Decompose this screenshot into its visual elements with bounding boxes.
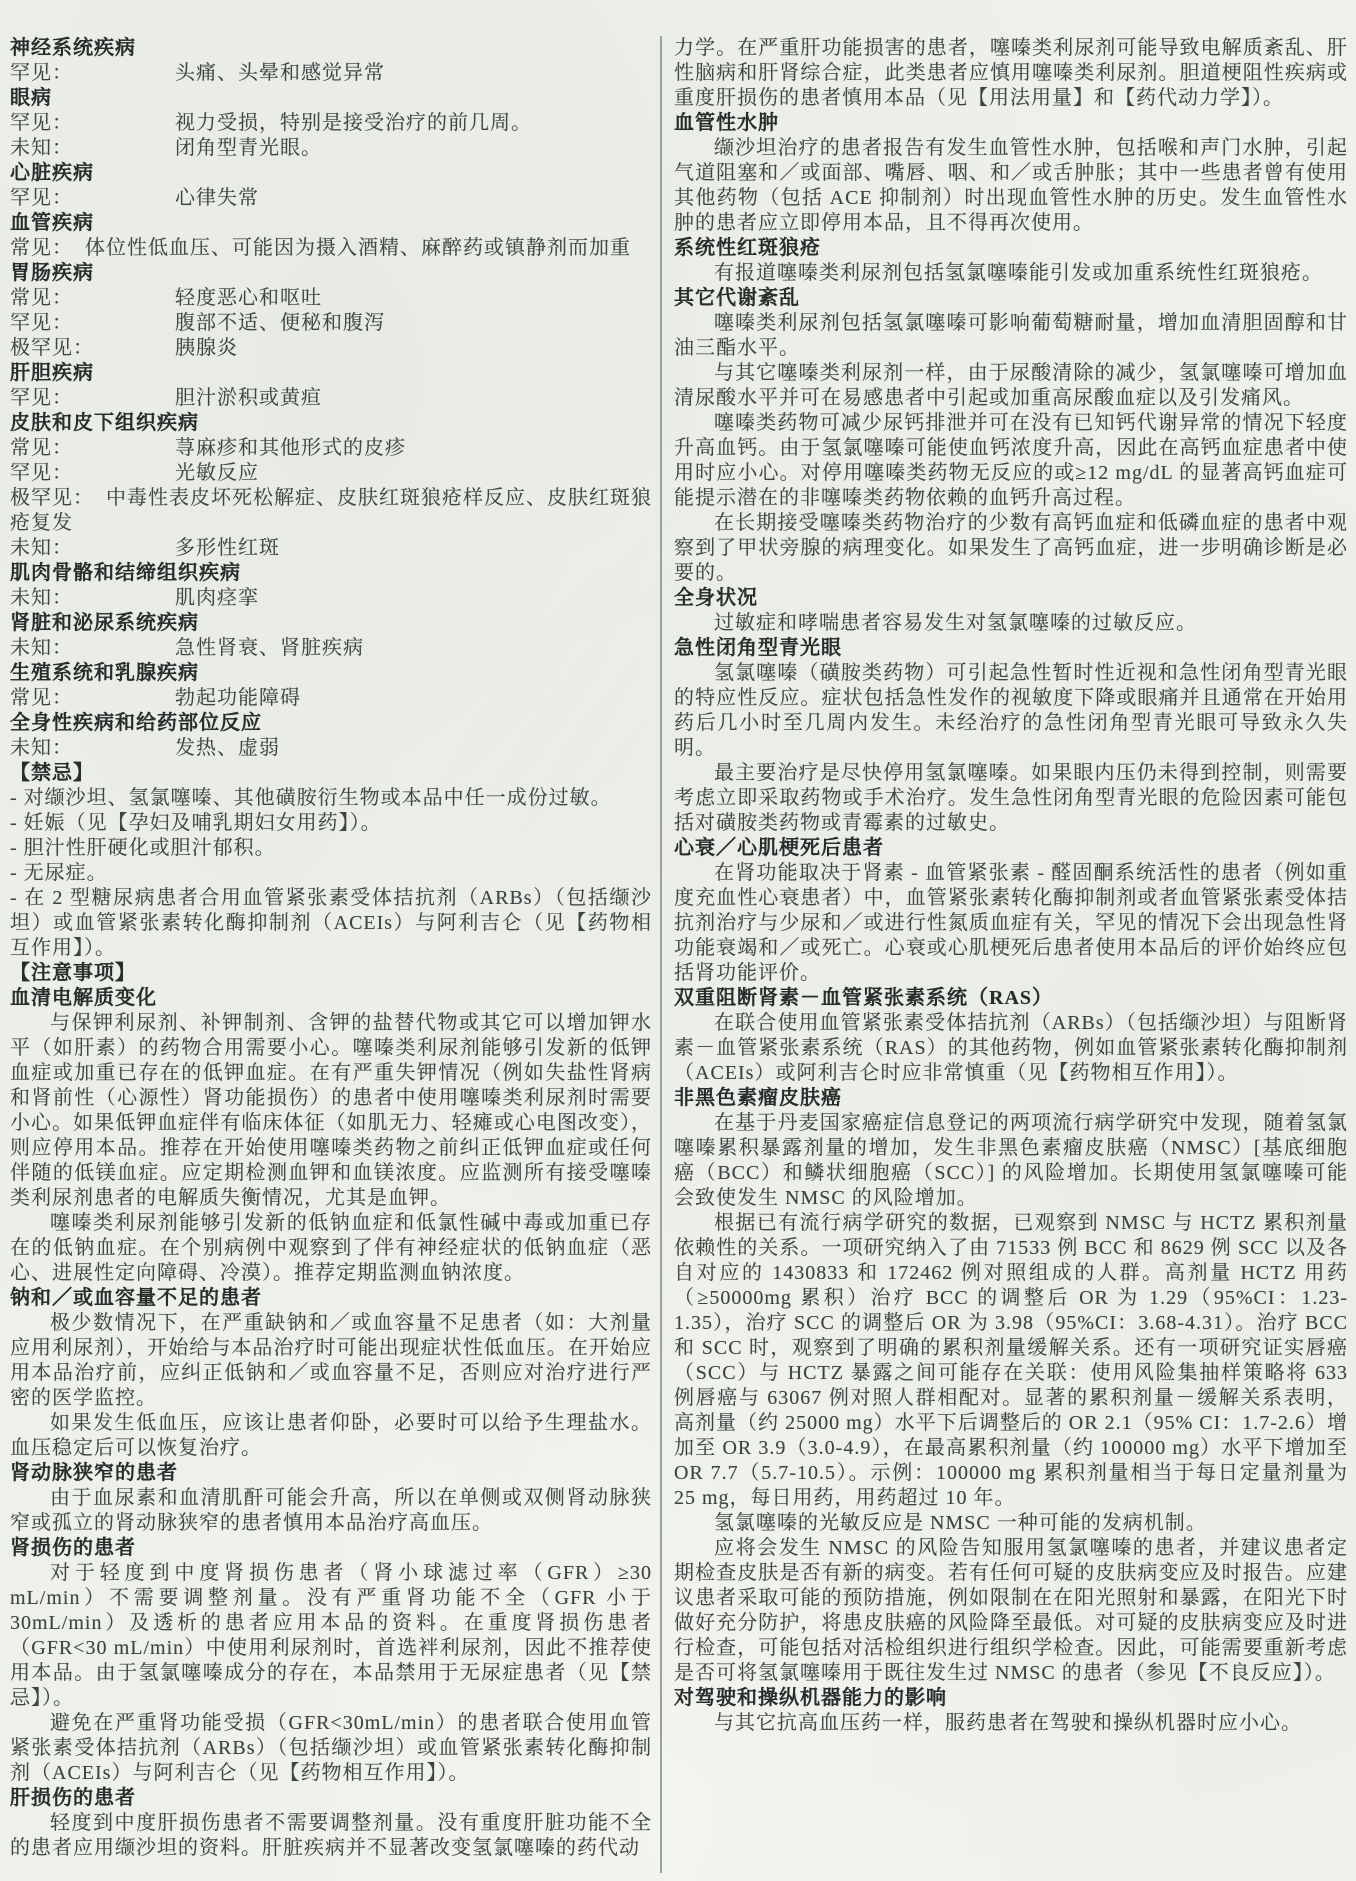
- section-heading: 双重阻断肾素－血管紧张素系统（RAS）: [674, 986, 1348, 1011]
- line-text: - 胆汁性肝硬化或胆汁郁积。: [10, 837, 276, 859]
- section-heading: 生殖系统和乳腺疾病: [10, 661, 652, 686]
- line-text: 中毒性表皮坏死松解症、皮肤红斑狼疮样反应、皮肤红斑狼疮复发: [10, 487, 652, 534]
- section-heading: 对驾驶和操纵机器能力的影响: [674, 1686, 1348, 1711]
- line-text: 双重阻断肾素－血管紧张素系统（RAS）: [674, 987, 1053, 1009]
- line-text: 氢氯噻嗪（磺胺类药物）可引起急性暂时性近视和急性闭角型青光眼的特应性反应。症状包…: [674, 662, 1348, 759]
- frequency-label: 罕见：: [10, 386, 175, 411]
- line-text: 【注意事项】: [10, 962, 136, 984]
- frequency-label: 常见：: [10, 237, 73, 259]
- frequency-label: 罕见：: [10, 111, 175, 136]
- line-text: 全身性疾病和给药部位反应: [10, 712, 262, 734]
- doc-line: 在长期接受噻嗪类药物治疗的少数有高钙血症和低磷血症的患者中观察到了甲状旁腺的病理…: [674, 511, 1348, 586]
- doc-line: 根据已有流行病学研究的数据，已观察到 NMSC 与 HCTZ 累积剂量依赖性的关…: [674, 1211, 1348, 1511]
- doc-line: 与其它抗高血压药一样，服药患者在驾驶和操纵机器时应小心。: [674, 1711, 1348, 1736]
- doc-line: 罕见： 腹部不适、便秘和腹泻: [10, 311, 652, 336]
- section-heading: 神经系统疾病: [10, 36, 652, 61]
- doc-line: - 胆汁性肝硬化或胆汁郁积。: [10, 836, 652, 861]
- line-text: 肌肉痉挛: [175, 586, 652, 611]
- section-heading: 非黑色素瘤皮肤癌: [674, 1086, 1348, 1111]
- line-text: 在联合使用血管紧张素受体拮抗剂（ARBs）（包括缬沙坦）与阻断肾素－血管紧张素系…: [674, 1012, 1348, 1084]
- doc-line: 在基于丹麦国家癌症信息登记的两项流行病学研究中发现，随着氢氯噻嗪累积暴露剂量的增…: [674, 1111, 1348, 1211]
- doc-line: 常见： 体位性低血压、可能因为摄入酒精、麻醉药或镇静剂而加重: [10, 236, 652, 261]
- line-text: 噻嗪类药物可减少尿钙排泄并可在没有已知钙代谢异常的情况下轻度升高血钙。由于氢氯噻…: [674, 412, 1348, 509]
- line-text: 缬沙坦治疗的患者报告有发生血管性水肿，包括喉和声门水肿，引起气道阻塞和／或面部、…: [674, 137, 1348, 234]
- line-text: 钠和／或血容量不足的患者: [10, 1287, 262, 1309]
- line-text: 对驾驶和操纵机器能力的影响: [674, 1687, 947, 1709]
- line-text: 多形性红斑: [175, 536, 652, 561]
- doc-line: 噻嗪类药物可减少尿钙排泄并可在没有已知钙代谢异常的情况下轻度升高血钙。由于氢氯噻…: [674, 411, 1348, 511]
- section-heading: 血清电解质变化: [10, 986, 652, 1011]
- doc-line: 未知： 多形性红斑: [10, 536, 652, 561]
- doc-line: - 无尿症。: [10, 861, 652, 886]
- doc-line: - 在 2 型糖尿病患者合用血管紧张素受体拮抗剂（ARBs）（包括缬沙坦）或血管…: [10, 886, 652, 961]
- doc-line: 氢氯噻嗪的光敏反应是 NMSC 一种可能的发病机制。: [674, 1511, 1348, 1536]
- line-text: 轻度到中度肝损伤患者不需要调整剂量。没有重度肝脏功能不全的患者应用缬沙坦的资料。…: [10, 1812, 652, 1859]
- doc-line: 氢氯噻嗪（磺胺类药物）可引起急性暂时性近视和急性闭角型青光眼的特应性反应。症状包…: [674, 661, 1348, 761]
- line-text: 皮肤和皮下组织疾病: [10, 412, 199, 434]
- doc-line: 避免在严重肾功能受损（GFR<30mL/min）的患者联合使用血管紧张素受体拮抗…: [10, 1711, 652, 1786]
- line-text: 力学。在严重肝功能损害的患者，噻嗪类利尿剂可能导致电解质紊乱、肝性脑病和肝肾综合…: [674, 37, 1348, 109]
- section-heading: 皮肤和皮下组织疾病: [10, 411, 652, 436]
- line-text: 氢氯噻嗪的光敏反应是 NMSC 一种可能的发病机制。: [714, 1512, 1207, 1534]
- line-text: 噻嗪类利尿剂能够引发新的低钠血症和低氯性碱中毒或加重已存在的低钠血症。在个别病例…: [10, 1212, 652, 1284]
- line-text: 避免在严重肾功能受损（GFR<30mL/min）的患者联合使用血管紧张素受体拮抗…: [10, 1712, 652, 1784]
- column-divider: [660, 36, 662, 1873]
- doc-line: 极罕见： 中毒性表皮坏死松解症、皮肤红斑狼疮样反应、皮肤红斑狼疮复发: [10, 486, 652, 536]
- line-text: 肝损伤的患者: [10, 1787, 136, 1809]
- line-text: 血清电解质变化: [10, 987, 157, 1009]
- doc-line: 罕见： 心律失常: [10, 186, 652, 211]
- right-column: 力学。在严重肝功能损害的患者，噻嗪类利尿剂可能导致电解质紊乱、肝性脑病和肝肾综合…: [674, 36, 1348, 1881]
- section-heading: 眼病: [10, 86, 652, 111]
- section-heading: 肾损伤的患者: [10, 1536, 652, 1561]
- line-text: 体位性低血压、可能因为摄入酒精、麻醉药或镇静剂而加重: [85, 237, 631, 259]
- line-text: 过敏症和哮喘患者容易发生对氢氯噻嗪的过敏反应。: [714, 612, 1197, 634]
- line-text: 如果发生低血压，应该让患者仰卧，必要时可以给予生理盐水。血压稳定后可以恢复治疗。: [10, 1412, 652, 1459]
- line-text: 血管性水肿: [674, 112, 779, 134]
- line-text: 胃肠疾病: [10, 262, 94, 284]
- frequency-label: 罕见：: [10, 186, 175, 211]
- doc-line: 噻嗪类利尿剂包括氢氯噻嗪可影响葡萄糖耐量，增加血清胆固醇和甘油三酯水平。: [674, 311, 1348, 361]
- line-text: 对于轻度到中度肾损伤患者（肾小球滤过率（GFR）≥30 mL/min）不需要调整…: [10, 1562, 652, 1709]
- line-text: - 妊娠（见【孕妇及哺乳期妇女用药】）。: [10, 812, 382, 834]
- frequency-label: 常见：: [10, 286, 175, 311]
- line-text: 神经系统疾病: [10, 37, 136, 59]
- doc-line: 罕见： 胆汁淤积或黄疸: [10, 386, 652, 411]
- frequency-label: 常见：: [10, 686, 175, 711]
- section-heading: 肾动脉狭窄的患者: [10, 1461, 652, 1486]
- line-text: 轻度恶心和呕吐: [175, 286, 652, 311]
- line-text: 应将会发生 NMSC 的风险告知服用氢氯噻嗪的患者，并建议患者定期检查皮肤是否有…: [674, 1537, 1348, 1684]
- doc-line: 罕见： 头痛、头晕和感觉异常: [10, 61, 652, 86]
- line-text: 光敏反应: [175, 461, 652, 486]
- line-text: 荨麻疹和其他形式的皮疹: [175, 436, 652, 461]
- frequency-label: 罕见：: [10, 311, 175, 336]
- section-heading: 其它代谢紊乱: [674, 286, 1348, 311]
- line-text: 勃起功能障碍: [175, 686, 652, 711]
- doc-line: - 对缬沙坦、氢氯噻嗪、其他磺胺衍生物或本品中任一成份过敏。: [10, 786, 652, 811]
- frequency-label: 极罕见：: [10, 487, 94, 509]
- line-text: 与其它抗高血压药一样，服药患者在驾驶和操纵机器时应小心。: [714, 1712, 1302, 1734]
- doc-line: 未知： 急性肾衰、肾脏疾病: [10, 636, 652, 661]
- doc-line: 最主要治疗是尽快停用氢氯噻嗪。如果眼内压仍未得到控制，则需要考虑立即采取药物或手…: [674, 761, 1348, 836]
- line-text: 急性闭角型青光眼: [674, 637, 842, 659]
- section-heading: 全身状况: [674, 586, 1348, 611]
- doc-line: 罕见： 视力受损，特别是接受治疗的前几周。: [10, 111, 652, 136]
- line-text: 【禁忌】: [10, 762, 94, 784]
- doc-line: 未知： 发热、虚弱: [10, 736, 652, 761]
- line-text: 在肾功能取决于肾素 - 血管紧张素 - 醛固酮系统活性的患者（例如重度充血性心衰…: [674, 862, 1348, 984]
- line-text: 胰腺炎: [175, 336, 652, 361]
- line-text: 闭角型青光眼。: [175, 136, 652, 161]
- line-text: - 无尿症。: [10, 862, 108, 884]
- line-text: 其它代谢紊乱: [674, 287, 800, 309]
- frequency-label: 未知：: [10, 136, 175, 161]
- line-text: - 在 2 型糖尿病患者合用血管紧张素受体拮抗剂（ARBs）（包括缬沙坦）或血管…: [10, 887, 652, 959]
- doc-line: 与其它噻嗪类利尿剂一样，由于尿酸清除的减少，氢氯噻嗪可增加血清尿酸水平并可在易感…: [674, 361, 1348, 411]
- section-heading: 心衰／心肌梗死后患者: [674, 836, 1348, 861]
- doc-line: 缬沙坦治疗的患者报告有发生血管性水肿，包括喉和声门水肿，引起气道阻塞和／或面部、…: [674, 136, 1348, 236]
- section-heading: 【禁忌】: [10, 761, 652, 786]
- doc-line: 常见： 荨麻疹和其他形式的皮疹: [10, 436, 652, 461]
- line-text: 视力受损，特别是接受治疗的前几周。: [175, 111, 652, 136]
- doc-line: 力学。在严重肝功能损害的患者，噻嗪类利尿剂可能导致电解质紊乱、肝性脑病和肝肾综合…: [674, 36, 1348, 111]
- section-heading: 全身性疾病和给药部位反应: [10, 711, 652, 736]
- doc-line: 在联合使用血管紧张素受体拮抗剂（ARBs）（包括缬沙坦）与阻断肾素－血管紧张素系…: [674, 1011, 1348, 1086]
- doc-line: 过敏症和哮喘患者容易发生对氢氯噻嗪的过敏反应。: [674, 611, 1348, 636]
- section-heading: 心脏疾病: [10, 161, 652, 186]
- section-heading: 肝损伤的患者: [10, 1786, 652, 1811]
- frequency-label: 未知：: [10, 736, 175, 761]
- doc-line: 极少数情况下，在严重缺钠和／或血容量不足患者（如：大剂量应用利尿剂），开始给与本…: [10, 1311, 652, 1411]
- doc-line: 轻度到中度肝损伤患者不需要调整剂量。没有重度肝脏功能不全的患者应用缬沙坦的资料。…: [10, 1811, 652, 1861]
- frequency-label: 常见：: [10, 436, 175, 461]
- doc-line: 罕见： 光敏反应: [10, 461, 652, 486]
- scanned-drug-leaflet-page: 神经系统疾病 罕见： 头痛、头晕和感觉异常 眼病 罕见： 视力受损，特别是接受治…: [0, 0, 1356, 1881]
- line-text: 头痛、头晕和感觉异常: [175, 61, 652, 86]
- doc-line: 在肾功能取决于肾素 - 血管紧张素 - 醛固酮系统活性的患者（例如重度充血性心衰…: [674, 861, 1348, 986]
- line-text: 有报道噻嗪类利尿剂包括氢氯噻嗪能引发或加重系统性红斑狼疮。: [714, 262, 1323, 284]
- doc-line: 噻嗪类利尿剂能够引发新的低钠血症和低氯性碱中毒或加重已存在的低钠血症。在个别病例…: [10, 1211, 652, 1286]
- left-column: 神经系统疾病 罕见： 头痛、头晕和感觉异常 眼病 罕见： 视力受损，特别是接受治…: [10, 36, 652, 1881]
- line-text: 血管疾病: [10, 212, 94, 234]
- doc-line: 应将会发生 NMSC 的风险告知服用氢氯噻嗪的患者，并建议患者定期检查皮肤是否有…: [674, 1536, 1348, 1686]
- section-heading: 【注意事项】: [10, 961, 652, 986]
- doc-line: - 妊娠（见【孕妇及哺乳期妇女用药】）。: [10, 811, 652, 836]
- line-text: 肾动脉狭窄的患者: [10, 1462, 178, 1484]
- line-text: 最主要治疗是尽快停用氢氯噻嗪。如果眼内压仍未得到控制，则需要考虑立即采取药物或手…: [674, 762, 1348, 834]
- doc-line: 有报道噻嗪类利尿剂包括氢氯噻嗪能引发或加重系统性红斑狼疮。: [674, 261, 1348, 286]
- line-text: 肾损伤的患者: [10, 1537, 136, 1559]
- doc-line: 对于轻度到中度肾损伤患者（肾小球滤过率（GFR）≥30 mL/min）不需要调整…: [10, 1561, 652, 1711]
- line-text: 极少数情况下，在严重缺钠和／或血容量不足患者（如：大剂量应用利尿剂），开始给与本…: [10, 1312, 652, 1409]
- line-text: 急性肾衰、肾脏疾病: [175, 636, 652, 661]
- frequency-label: 罕见：: [10, 61, 175, 86]
- doc-line: 常见： 轻度恶心和呕吐: [10, 286, 652, 311]
- line-text: 心律失常: [175, 186, 652, 211]
- line-text: 与保钾利尿剂、补钾制剂、含钾的盐替代物或其它可以增加钾水平（如肝素）的药物合用需…: [10, 1012, 652, 1209]
- frequency-label: 未知：: [10, 536, 175, 561]
- frequency-label: 未知：: [10, 586, 175, 611]
- doc-line: 如果发生低血压，应该让患者仰卧，必要时可以给予生理盐水。血压稳定后可以恢复治疗。: [10, 1411, 652, 1461]
- line-text: 在基于丹麦国家癌症信息登记的两项流行病学研究中发现，随着氢氯噻嗪累积暴露剂量的增…: [674, 1112, 1348, 1209]
- line-text: 心脏疾病: [10, 162, 94, 184]
- line-text: 肾脏和泌尿系统疾病: [10, 612, 199, 634]
- line-text: 发热、虚弱: [175, 736, 652, 761]
- doc-line: 未知： 肌肉痉挛: [10, 586, 652, 611]
- doc-line: 未知： 闭角型青光眼。: [10, 136, 652, 161]
- line-text: 腹部不适、便秘和腹泻: [175, 311, 652, 336]
- line-text: 在长期接受噻嗪类药物治疗的少数有高钙血症和低磷血症的患者中观察到了甲状旁腺的病理…: [674, 512, 1348, 584]
- line-text: 肌肉骨骼和结缔组织疾病: [10, 562, 241, 584]
- frequency-label: 极罕见：: [10, 336, 175, 361]
- line-text: 心衰／心肌梗死后患者: [674, 837, 884, 859]
- frequency-label: 未知：: [10, 636, 175, 661]
- doc-line: 由于血尿素和血清肌酐可能会升高，所以在单侧或双侧肾动脉狭窄或孤立的肾动脉狭窄的患…: [10, 1486, 652, 1536]
- frequency-label: 罕见：: [10, 461, 175, 486]
- section-heading: 肾脏和泌尿系统疾病: [10, 611, 652, 636]
- doc-line: 常见： 勃起功能障碍: [10, 686, 652, 711]
- section-heading: 血管疾病: [10, 211, 652, 236]
- line-text: 非黑色素瘤皮肤癌: [674, 1087, 842, 1109]
- section-heading: 肌肉骨骼和结缔组织疾病: [10, 561, 652, 586]
- line-text: 生殖系统和乳腺疾病: [10, 662, 199, 684]
- line-text: 根据已有流行病学研究的数据，已观察到 NMSC 与 HCTZ 累积剂量依赖性的关…: [674, 1212, 1348, 1509]
- doc-line: 与保钾利尿剂、补钾制剂、含钾的盐替代物或其它可以增加钾水平（如肝素）的药物合用需…: [10, 1011, 652, 1211]
- section-heading: 肝胆疾病: [10, 361, 652, 386]
- line-text: 系统性红斑狼疮: [674, 237, 821, 259]
- section-heading: 血管性水肿: [674, 111, 1348, 136]
- section-heading: 急性闭角型青光眼: [674, 636, 1348, 661]
- line-text: 肝胆疾病: [10, 362, 94, 384]
- line-text: - 对缬沙坦、氢氯噻嗪、其他磺胺衍生物或本品中任一成份过敏。: [10, 787, 612, 809]
- line-text: 与其它噻嗪类利尿剂一样，由于尿酸清除的减少，氢氯噻嗪可增加血清尿酸水平并可在易感…: [674, 362, 1348, 409]
- section-heading: 钠和／或血容量不足的患者: [10, 1286, 652, 1311]
- doc-line: 极罕见： 胰腺炎: [10, 336, 652, 361]
- section-heading: 胃肠疾病: [10, 261, 652, 286]
- line-text: 噻嗪类利尿剂包括氢氯噻嗪可影响葡萄糖耐量，增加血清胆固醇和甘油三酯水平。: [674, 312, 1348, 359]
- line-text: 胆汁淤积或黄疸: [175, 386, 652, 411]
- line-text: 眼病: [10, 87, 52, 109]
- section-heading: 系统性红斑狼疮: [674, 236, 1348, 261]
- line-text: 由于血尿素和血清肌酐可能会升高，所以在单侧或双侧肾动脉狭窄或孤立的肾动脉狭窄的患…: [10, 1487, 652, 1534]
- line-text: 全身状况: [674, 587, 758, 609]
